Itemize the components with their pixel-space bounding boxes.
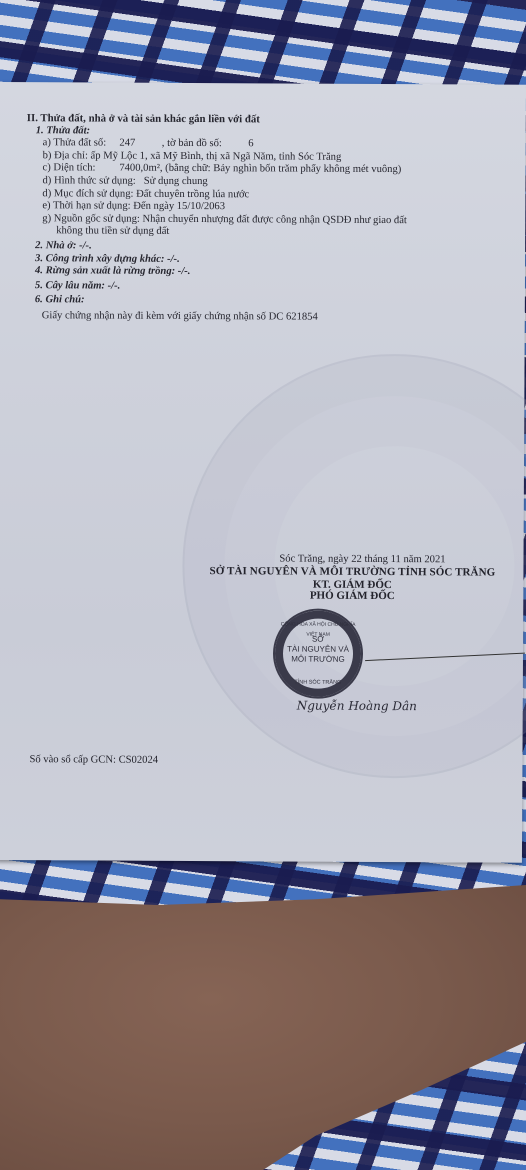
perennial-item: 5. Cây lâu năm: -/-. [26,280,516,295]
forest-item: 4. Rừng sản xuất là rừng trồng: -/-. [26,265,516,280]
certificate-body: II. Thửa đất, nhà ở và tài sản khác gắn … [26,112,517,325]
signature-block: Sóc Trăng, ngày 22 tháng 11 năm 2021 SỞ … [177,553,526,603]
section-title: II. Thửa đất, nhà ở và tài sản khác gắn … [27,112,517,127]
signer-role-2: PHÓ GIÁM ĐỐC [177,589,526,603]
official-seal: CỘNG HÒA XÃ HỘI CHỦ NGHĨA VIỆT NAM SỞ TÀ… [273,608,363,698]
seal-line-1: SỞ [275,634,361,644]
usage-origin-continued: không thu tiền sử dụng đất [26,225,516,240]
seal-ring-bottom: TỈNH SÓC TRĂNG [275,677,361,687]
registration-number: Số vào sổ cấp GCN: CS02024 [29,754,158,766]
issue-date: Sóc Trăng, ngày 22 tháng 11 năm 2021 [177,553,526,566]
seal-line-3: MÔI TRƯỜNG [275,654,361,664]
seal-line-2: TÀI NGUYÊN VÀ [275,644,361,654]
signer-name: Nguyễn Hoàng Dân [297,699,417,714]
issuing-organization: SỞ TÀI NGUYÊN VÀ MÔI TRƯỜNG TỈNH SÓC TRĂ… [177,565,526,579]
land-certificate-page: II. Thửa đất, nhà ở và tài sản khác gắn … [0,82,526,863]
notes-text: Giấy chứng nhận này đi kèm với giấy chứn… [26,310,516,325]
notes-heading: 6. Ghi chú: [26,294,516,309]
